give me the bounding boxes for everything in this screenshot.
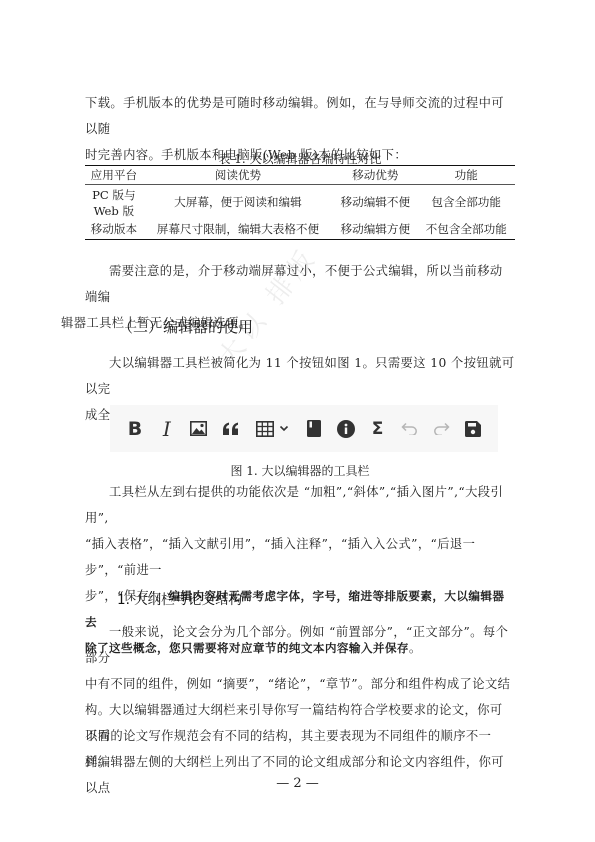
block-quote-button[interactable] xyxy=(219,418,241,440)
redo-button[interactable] xyxy=(430,418,452,440)
text-line: 到编辑器左侧的大纲栏上列出了不同的论文组成部分和论文内容组件，你可以点 xyxy=(85,749,515,801)
table-cell-mobile: 移动编辑不便 xyxy=(333,185,417,220)
table-icon xyxy=(256,421,274,437)
comparison-table: 应用平台 阅读优势 移动优势 功能 PC 版与 Web 版 大屏幕，便于阅读和编… xyxy=(85,165,515,240)
column-header: 应用平台 xyxy=(85,166,143,185)
editor-toolbar: B I xyxy=(110,405,498,452)
insert-image-button[interactable] xyxy=(188,418,210,440)
save-button[interactable] xyxy=(462,418,484,440)
citation-button[interactable] xyxy=(303,418,325,440)
annotation-button[interactable] xyxy=(335,418,357,440)
figure-caption: 图 1. 大以编辑器的工具栏 xyxy=(85,462,515,479)
table-cell-mobile: 移动编辑方便 xyxy=(333,219,417,240)
text-line: 大以编辑器通过大纲栏来引导你写一篇结构符合学校要求的论文，你可以看 xyxy=(85,697,515,749)
table-cell-reading: 屏幕尺寸限制，编辑大表格不便 xyxy=(143,219,333,240)
book-icon xyxy=(307,420,321,437)
text-line: “插入表格”，“插入文献引用”，“插入注释”，“插入入公式”，“后退一步”，“前… xyxy=(85,531,515,583)
bold-icon: B xyxy=(128,418,142,440)
info-icon xyxy=(337,420,355,438)
undo-button[interactable] xyxy=(398,418,420,440)
table-cell-platform: 移动版本 xyxy=(85,219,143,240)
text-line: 一般来说，论文会分为几个部分。例如 “前置部分”，“正文部分”。每个部分 xyxy=(85,619,515,671)
undo-icon xyxy=(401,422,418,435)
text-line: 工具栏从左到右提供的功能依次是 “加粗”,“斜体”,“插入图片”,“大段引用”, xyxy=(85,479,515,531)
text-line: 需要注意的是，介于移动端屏幕过小，不便于公式编辑，所以当前移动端编 xyxy=(85,264,503,304)
cell-line: Web 版 xyxy=(87,203,141,219)
italic-icon: I xyxy=(163,417,171,441)
bold-button[interactable]: B xyxy=(124,418,146,440)
text-line: 大以编辑器工具栏被简化为 11 个按钮如图 1。只需要这 10 个按钮就可以完 xyxy=(85,356,514,396)
column-header: 功能 xyxy=(417,166,515,185)
table-cell-platform: PC 版与 Web 版 xyxy=(85,185,143,220)
image-icon xyxy=(190,421,207,436)
table-row: PC 版与 Web 版 大屏幕，便于阅读和编辑 移动编辑不便 包含全部功能 xyxy=(85,185,515,220)
cell-line: PC 版与 xyxy=(87,187,141,203)
italic-button[interactable]: I xyxy=(156,418,178,440)
formula-button[interactable]: Σ xyxy=(367,418,389,440)
quote-icon xyxy=(222,422,239,435)
insert-table-button[interactable] xyxy=(251,418,293,440)
table-header-row: 应用平台 阅读优势 移动优势 功能 xyxy=(85,166,515,185)
text-line: 下载。手机版本的优势是可随时移动编辑。例如，在与导师交流的过程中可以随 xyxy=(85,90,515,142)
page-number: — 2 — xyxy=(0,776,595,791)
redo-icon xyxy=(433,422,450,435)
subsection-heading: 1. 大纲栏与论文结构 xyxy=(117,588,242,608)
column-header: 移动优势 xyxy=(333,166,417,185)
sigma-icon: Σ xyxy=(372,419,384,439)
save-icon xyxy=(465,421,481,437)
table-cell-features: 不包含全部功能 xyxy=(417,219,515,240)
chevron-down-icon[interactable] xyxy=(279,425,289,432)
section-heading: （二）编辑器的使用 xyxy=(118,316,253,337)
table-row: 移动版本 屏幕尺寸限制，编辑大表格不便 移动编辑方便 不包含全部功能 xyxy=(85,219,515,240)
column-header: 阅读优势 xyxy=(143,166,333,185)
table-cell-features: 包含全部功能 xyxy=(417,185,515,220)
table-cell-reading: 大屏幕，便于阅读和编辑 xyxy=(143,185,333,220)
